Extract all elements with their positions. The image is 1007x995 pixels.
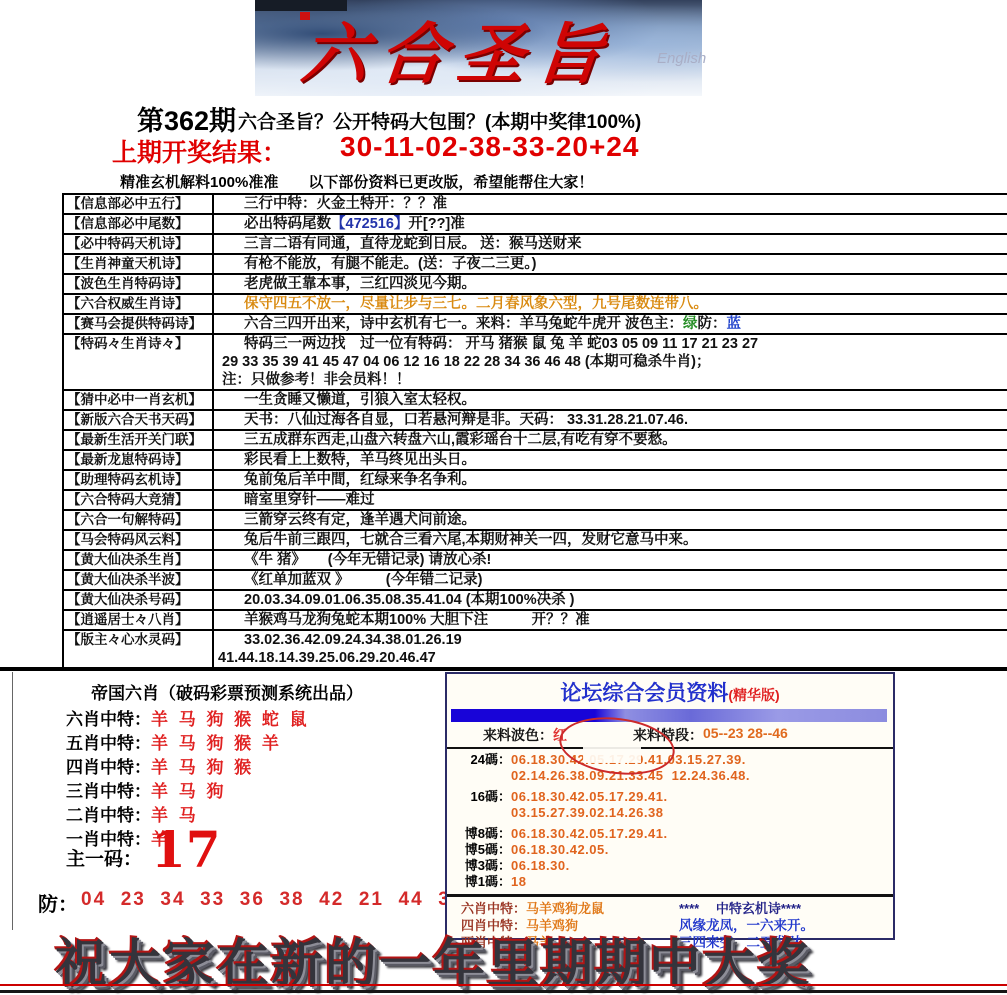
- code-row-label: 24碼：: [461, 752, 511, 784]
- zodiac-row-label: 六肖中特：: [66, 710, 151, 729]
- row-content: 三箭穿云终有定，逢羊遇犬问前途。: [214, 511, 1007, 529]
- row-label: 【赛马会提供特码诗】: [64, 315, 214, 333]
- forum-title: 论坛综合会员资料(精华版): [447, 677, 893, 707]
- zodiac-row: 三肖中特：羊 马 狗: [66, 780, 441, 804]
- table-row: 【版主々心水灵码】 33.02.36.42.09.24.34.38.01.26.…: [64, 631, 1007, 669]
- table-row: 【最新生活开关门联】 三五成群东西走,山盘六转盘六山,霞彩瑶台十二层,有吃有穿不…: [64, 431, 1007, 451]
- table-row: 【黄大仙决杀半波】 《红单加蓝双 》 (今年错二记录): [64, 571, 1007, 591]
- table-row: 【新版六合天书天码】 天书：八仙过海各自显，口若悬河辩是非。天码： 33.31.…: [64, 411, 1007, 431]
- zodiac-row-label: 二肖中特：: [66, 806, 151, 825]
- table-row: 【助理特码玄机诗】 兔前兔后羊中間，红绿来争名争利。: [64, 471, 1007, 491]
- row-content-line1: 特码三一两边找 过一位有特码： 开马 猪猴 鼠 兔 羊 蛇03 05 09 11…: [214, 335, 1007, 353]
- forum-title-text: 论坛综合会员资料: [560, 682, 728, 705]
- footer-black-line: [0, 990, 1007, 993]
- code-row: 博1碼： 18: [461, 874, 893, 890]
- code-row-values: 06.18.30.42.05.: [511, 842, 609, 858]
- row-label: 【六合权威生肖诗】: [64, 295, 214, 313]
- row-content: 有枪不能放，有腿不能走。(送：子夜二三更。): [214, 255, 1007, 273]
- blue-gradient-bar: [451, 709, 887, 722]
- row-content: 暗室里穿针——难过: [214, 491, 1007, 509]
- code-line: 18: [511, 874, 526, 890]
- row-label: 【最新龙崽特码诗】: [64, 451, 214, 469]
- wave-value: 红: [553, 725, 567, 745]
- code-row: 博3碼： 06.18.30.: [461, 858, 893, 874]
- guard-label: 防：: [38, 888, 78, 917]
- last-result-numbers: 30-11-02-38-33-20+24: [340, 131, 639, 163]
- table-row: 【特码々生肖诗々】 特码三一两边找 过一位有特码： 开马 猪猴 鼠 兔 羊 蛇0…: [64, 335, 1007, 391]
- table-row: 【赛马会提供特码诗】 六合三四开出来，诗中玄机有七一。来料：羊马兔蛇牛虎开 波色…: [64, 315, 1007, 335]
- empire-six-zodiac-panel: 帝国六肖（破码彩票预测系统出品） 六肖中特：羊 马 狗 猴 蛇 鼠 五肖中特：羊…: [12, 672, 441, 930]
- code-line: 03.15.27.39.02.14.26.38: [511, 805, 668, 821]
- row-content-mid: 防：: [698, 316, 727, 332]
- row-label: 【新版六合天书天码】: [64, 411, 214, 429]
- section-divider: [0, 667, 1007, 671]
- lottery-tip-sheet: 六合圣旨 English 第362期 六合圣旨？公开特码大包围？(本期中奖律10…: [0, 0, 1007, 995]
- row-content-line2: 41.44.18.14.39.25.06.29.20.46.47: [214, 649, 1007, 667]
- banner-top-strip: [255, 0, 347, 11]
- guard-numbers: 04 23 34 33 36 38 42 21 44 31: [81, 889, 463, 911]
- zodiac-row-value: 羊 马 狗 猴 蛇 鼠: [151, 710, 310, 729]
- code-row: 博5碼： 06.18.30.42.05.: [461, 842, 893, 858]
- row-label: 【生肖神童天机诗】: [64, 255, 214, 273]
- row-content: 彩民看上上数特，羊马终见出头日。: [214, 451, 1007, 469]
- row-label: 【逍遥居士々八肖】: [64, 611, 214, 629]
- green-wave-char: 绿: [683, 316, 698, 332]
- row-content: 羊猴鸡马龙狗兔蛇本期100% 大胆下注 开？？准: [214, 611, 1007, 629]
- row-content: 兔后牛前三跟四，七就合三看六尾,本期财神关一四，发财它意马中来。: [214, 531, 1007, 549]
- white-correction-blob: [583, 746, 641, 763]
- page-title: 六合圣旨: [298, 14, 618, 94]
- row-label: 【马会特码风云料】: [64, 531, 214, 549]
- main-code-label: 主一码：: [66, 844, 142, 871]
- footer-red-line: [0, 984, 1007, 986]
- code-line: 06.18.30.42.05.17.29.41.: [511, 826, 668, 842]
- row-content: 老虎做王靠本事，三红四淡见今期。: [214, 275, 1007, 293]
- blue-wave-char: 蓝: [727, 316, 742, 332]
- table-row: 【信息部必中五行】 三行中特：火金土特开：？？准: [64, 195, 1007, 215]
- code-row: 24碼： 06.18.30.42.05.17.29.41.03.15.27.39…: [461, 752, 893, 784]
- row-content: 一生贪睡又懒道，引狼入室太轻权。: [214, 391, 1007, 409]
- table-row: 【猜中必中一肖玄机】 一生贪睡又懒道，引狼入室太轻权。: [64, 391, 1007, 411]
- forum-info-line: 来料波色：红 来料特段：05--23 28--46: [483, 725, 893, 745]
- row-label: 【信息部必中五行】: [64, 195, 214, 213]
- row-label: 【猜中必中一肖玄机】: [64, 391, 214, 409]
- row-label: 【六合一句解特码】: [64, 511, 214, 529]
- zodiac-row-label: 三肖中特：: [66, 782, 151, 801]
- code-line: 02.14.26.38.09.21.33.45 12.24.36.48.: [511, 768, 750, 784]
- zodiac-row-value: 羊 马 狗: [151, 782, 226, 801]
- row-label: 【黄大仙决杀生肖】: [64, 551, 214, 569]
- info-underline: [447, 747, 893, 749]
- code-row-label: 博5碼：: [461, 842, 511, 858]
- zodiac-row: 六肖中特：羊 马 狗 猴 蛇 鼠: [66, 708, 441, 732]
- table-row: 【生肖神童天机诗】 有枪不能放，有腿不能走。(送：子夜二三更。): [64, 255, 1007, 275]
- row-label: 【版主々心水灵码】: [64, 631, 214, 667]
- row-label: 【六合特码大竞猜】: [64, 491, 214, 509]
- table-row: 【六合权威生肖诗】 保守四五不放一，尽量让步与三七。二月春风象六型，九号尾数连带…: [64, 295, 1007, 315]
- row-content: 必出特码尾数【472516】开[??]准: [214, 215, 1007, 233]
- zodiac-row: 四肖中特：羊 马 狗 猴: [66, 756, 441, 780]
- forum-zodiac-label: 六肖中特：: [461, 901, 526, 916]
- code-row-values: 06.18.30.42.05.17.29.41.03.15.27.39.02.1…: [511, 789, 668, 821]
- code-row-values: 18: [511, 874, 526, 890]
- forum-zodiac-row: 六肖中特：马羊鸡狗龙鼠: [461, 900, 661, 917]
- row-label: 【最新生活开关门联】: [64, 431, 214, 449]
- table-row: 【波色生肖特码诗】 老虎做王靠本事，三红四淡见今期。: [64, 275, 1007, 295]
- forum-member-panel: 论坛综合会员资料(精华版) 来料波色：红 来料特段：05--23 28--46 …: [445, 672, 895, 940]
- empire-title: 帝国六肖（破码彩票预测系统出品）: [91, 679, 441, 704]
- table-row: 【逍遥居士々八肖】 羊猴鸡马龙狗兔蛇本期100% 大胆下注 开？？准: [64, 611, 1007, 631]
- tail-numbers: 【472516】: [331, 216, 408, 232]
- row-content-pre: 六合三四开出来，诗中玄机有七一。来料：羊马兔蛇牛虎开 波色主：: [244, 316, 683, 332]
- table-row: 【六合一句解特码】 三箭穿云终有定，逢羊遇犬问前途。: [64, 511, 1007, 531]
- zodiac-row-label: 四肖中特：: [66, 758, 151, 777]
- english-watermark: English: [657, 50, 706, 67]
- zodiac-row-value: 羊 马 狗 猴 羊: [151, 734, 282, 753]
- code-row-values: 06.18.30.: [511, 858, 570, 874]
- row-content: 天书：八仙过海各自显，口若悬河辩是非。天码： 33.31.28.21.07.46…: [214, 411, 1007, 429]
- row-label: 【黄大仙决杀半波】: [64, 571, 214, 589]
- segment-label: 来料特段：: [633, 725, 703, 745]
- wave-label: 来料波色：: [483, 725, 553, 745]
- code-row: 16碼： 06.18.30.42.05.17.29.41.03.15.27.39…: [461, 789, 893, 821]
- table-row: 【黄大仙决杀生肖】 《牛 猪》 (今年无错记录) 请放心杀!: [64, 551, 1007, 571]
- code-row: 博8碼： 06.18.30.42.05.17.29.41.: [461, 826, 893, 842]
- zodiac-row-value: 羊 马 狗 猴: [151, 758, 254, 777]
- row-label: 【黄大仙决杀号码】: [64, 591, 214, 609]
- zodiac-row: 五肖中特：羊 马 狗 猴 羊: [66, 732, 441, 756]
- prediction-table: 【信息部必中五行】 三行中特：火金土特开：？？准 【信息部必中尾数】 必出特码尾…: [62, 193, 1007, 669]
- code-line: 06.18.30.42.05.: [511, 842, 609, 858]
- row-label: 【助理特码玄机诗】: [64, 471, 214, 489]
- forum-separator: [447, 894, 893, 897]
- table-row: 【信息部必中尾数】 必出特码尾数【472516】开[??]准: [64, 215, 1007, 235]
- row-content: 20.03.34.09.01.06.35.08.35.41.04 (本期100%…: [214, 591, 1007, 609]
- tagline: 六合圣旨？公开特码大包围？(本期中奖律100%): [238, 107, 641, 134]
- code-row-label: 博8碼：: [461, 826, 511, 842]
- table-row: 【黄大仙决杀号码】 20.03.34.09.01.06.35.08.35.41.…: [64, 591, 1007, 611]
- segment-value: 05--23 28--46: [703, 725, 788, 745]
- last-result-label: 上期开奖结果：: [112, 133, 287, 169]
- code-line: 06.18.30.42.05.17.29.41.: [511, 789, 668, 805]
- row-label: 【信息部必中尾数】: [64, 215, 214, 233]
- row-content: 《红单加蓝双 》 (今年错二记录): [214, 571, 1007, 589]
- row-content-post: 开[??]准: [408, 216, 464, 232]
- table-row: 【六合特码大竞猜】 暗室里穿针——难过: [64, 491, 1007, 511]
- code-line: 06.18.30.: [511, 858, 570, 874]
- row-content: 三言二语有同通，直待龙蛇到日辰。 送：猴马送财来: [214, 235, 1007, 253]
- row-content: 《牛 猪》 (今年无错记录) 请放心杀!: [214, 551, 1007, 569]
- poem-title: **** 中特玄机诗****: [679, 900, 814, 917]
- code-row-label: 博1碼：: [461, 874, 511, 890]
- table-row: 【最新龙崽特码诗】 彩民看上上数特，羊马终见出头日。: [64, 451, 1007, 471]
- table-row: 【必中特码天机诗】 三言二语有同通，直待龙蛇到日辰。 送：猴马送财来: [64, 235, 1007, 255]
- row-label: 【波色生肖特码诗】: [64, 275, 214, 293]
- row-label: 【必中特码天机诗】: [64, 235, 214, 253]
- code-row-label: 博3碼：: [461, 858, 511, 874]
- table-row: 【马会特码风云料】 兔后牛前三跟四，七就合三看六尾,本期财神关一四，发财它意马中…: [64, 531, 1007, 551]
- code-row-label: 16碼：: [461, 789, 511, 821]
- forum-zodiac-value: 马羊鸡狗龙鼠: [526, 901, 604, 916]
- row-content: 三行中特：火金土特开：？？准: [214, 195, 1007, 213]
- row-content: 保守四五不放一，尽量让步与三七。二月春风象六型，九号尾数连带八。: [214, 295, 1007, 313]
- row-label: 【特码々生肖诗々】: [64, 335, 214, 389]
- row-content-line2: 29 33 35 39 41 45 47 04 06 12 16 18 22 2…: [214, 353, 1007, 371]
- row-content-line3: 注：只做参考！非会员料！！: [214, 371, 1007, 389]
- row-content-line1: 33.02.36.42.09.24.34.38.01.26.19: [214, 631, 1007, 649]
- forum-title-badge: (精华版): [728, 687, 779, 703]
- code-row-values: 06.18.30.42.05.17.29.41.: [511, 826, 668, 842]
- main-code-value: 17: [151, 820, 221, 879]
- row-content: 六合三四开出来，诗中玄机有七一。来料：羊马兔蛇牛虎开 波色主：绿防：蓝: [214, 315, 1007, 333]
- row-content: 兔前兔后羊中間，红绿来争名争利。: [214, 471, 1007, 489]
- zodiac-row: 二肖中特：羊 马: [66, 804, 441, 828]
- zodiac-row-label: 五肖中特：: [66, 734, 151, 753]
- notice-line: 精准玄机解料100%准准 以下部份资料已更改版，希望能帮住大家！: [120, 171, 593, 192]
- row-content: 三五成群东西走,山盘六转盘六山,霞彩瑶台十二层,有吃有穿不要愁。: [214, 431, 1007, 449]
- row-content-pre: 必出特码尾数: [244, 216, 331, 232]
